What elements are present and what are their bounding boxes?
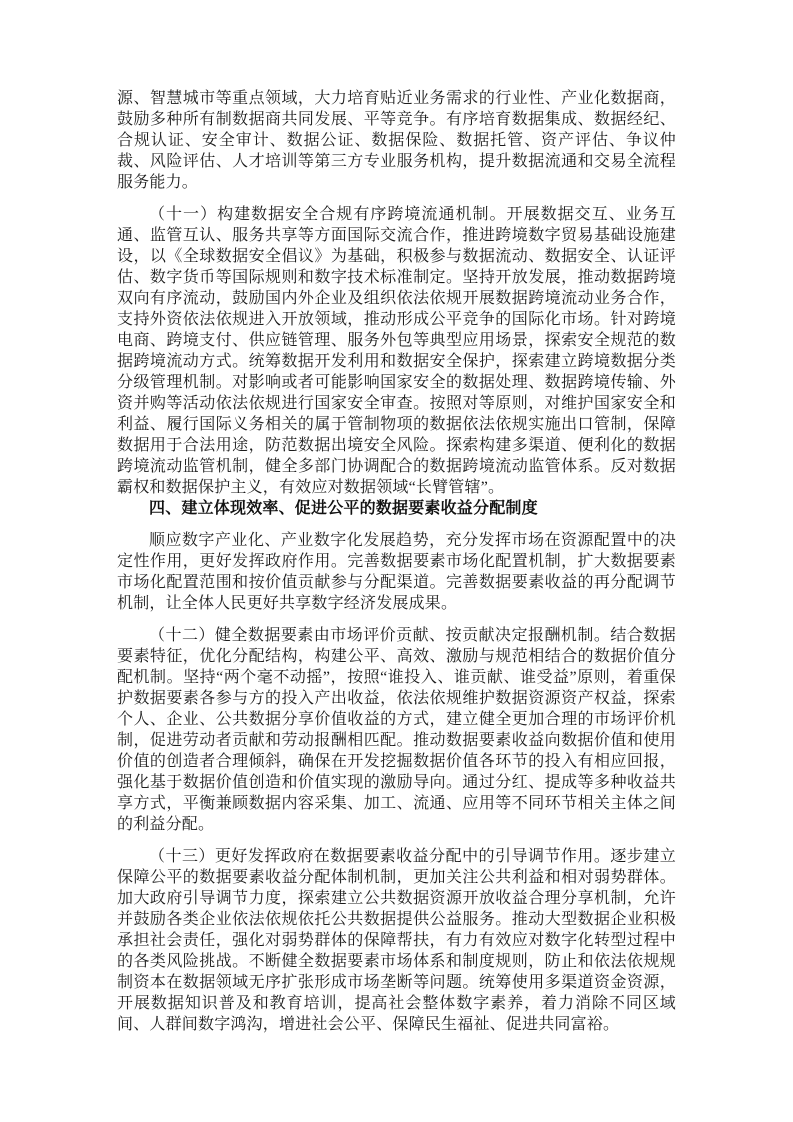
paragraph-item-12: （十二）健全数据要素由市场评价贡献、按贡献决定报酬机制。结合数据要素特征，优化分… [117,625,676,835]
paragraph-continuation: 源、智慧城市等重点领域，大力培育贴近业务需求的行业性、产业化数据商，鼓励多种所有… [117,88,676,193]
paragraph-item-13: （十三）更好发挥政府在数据要素收益分配中的引导调节作用。逐步建立保障公平的数据要… [117,846,676,1035]
document-page: 源、智慧城市等重点领域，大力培育贴近业务需求的行业性、产业化数据商，鼓励多种所有… [0,0,793,1122]
paragraph-item-11: （十一）构建数据安全合规有序跨境流通机制。开展数据交互、业务互通、监管互认、服务… [117,204,676,498]
section-heading-4: 四、建立体现效率、促进公平的数据要素收益分配制度 [117,498,676,519]
paragraph-section4-intro: 顺应数字产业化、产业数字化发展趋势，充分发挥市场在资源配置中的决定性作用，更好发… [117,530,676,614]
